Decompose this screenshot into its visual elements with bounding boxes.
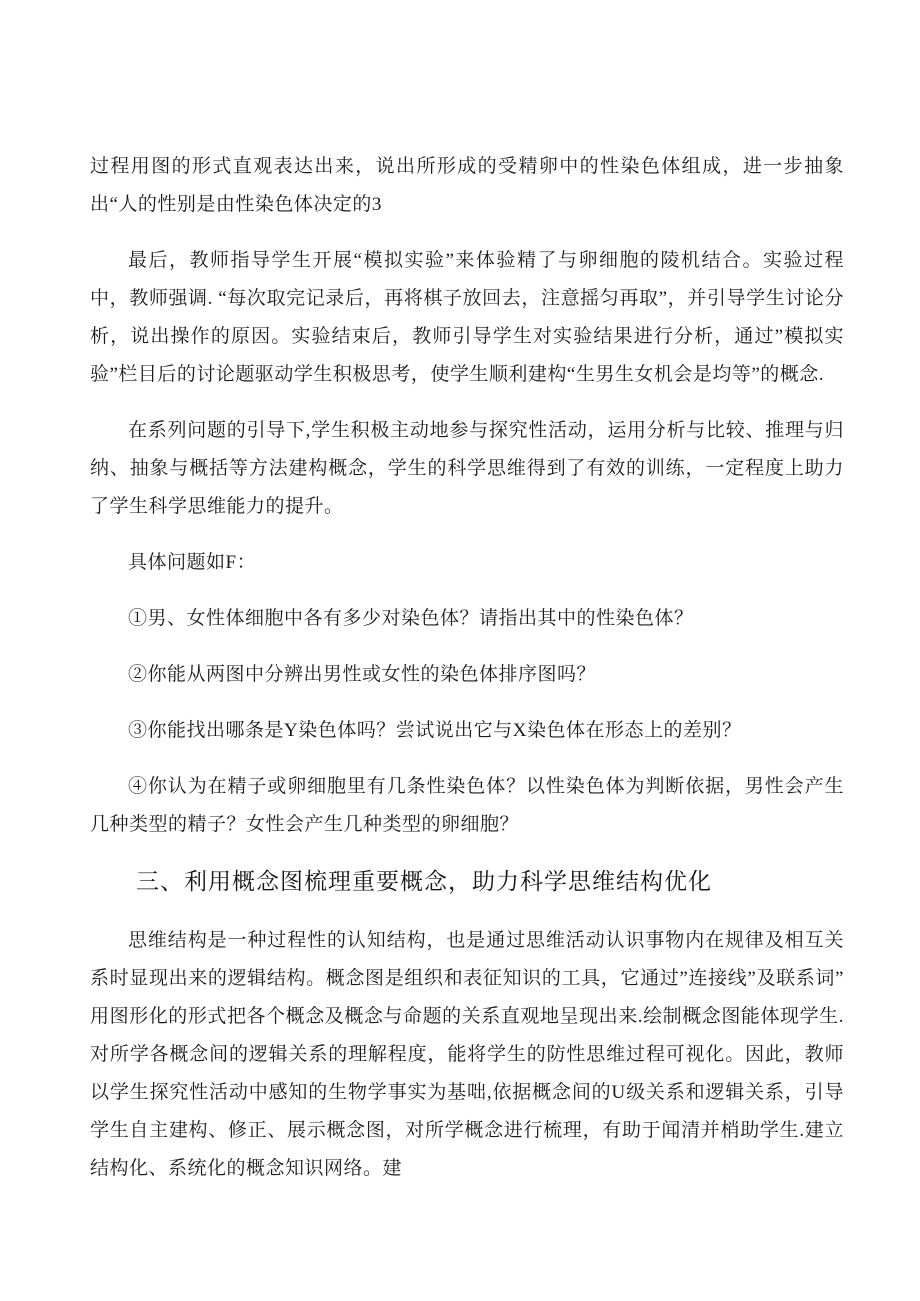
question-item-2: ②你能从两图中分辨出男性或女性的染色体排序图吗？	[90, 656, 844, 694]
question-item-1: ①男、女性体细胞中各有多少对染色体？请指出其中的性染色体？	[90, 600, 844, 638]
section-heading-3: 三、利用概念图梳理重要概念，助力科学思维结构优化	[90, 862, 844, 902]
paragraph-questions-intro: 具体问题如F：	[90, 544, 844, 582]
paragraph-simulation-experiment: 最后，教师指导学生开展“模拟实验”来体验精了与卵细胞的陵机结合。实验过程中，教师…	[90, 242, 844, 394]
question-item-4: ④你认为在精子或卵细胞里有几条性染色体？以性染色体为判断依据，男性会产生几种类型…	[90, 768, 844, 844]
paragraph-continuation: 过程用图的形式直观表达出来，说出所形成的受精卵中的性染色体组成，进一步抽象出“人…	[90, 148, 844, 224]
document-page: 过程用图的形式直观表达出来，说出所形成的受精卵中的性染色体组成，进一步抽象出“人…	[0, 0, 920, 1301]
paragraph-guided-questions: 在系列问题的引导下,学生积极主动地参与探究性活动，运用分析与比较、推理与归纳、抽…	[90, 412, 844, 526]
question-item-3: ③你能找出哪条是Y染色体吗？尝试说出它与X染色体在形态上的差别？	[90, 712, 844, 750]
paragraph-concept-map: 思维结构是一种过程性的认知结构，也是通过思维活动认识事物内在规律及相互关系时显现…	[90, 922, 844, 1188]
